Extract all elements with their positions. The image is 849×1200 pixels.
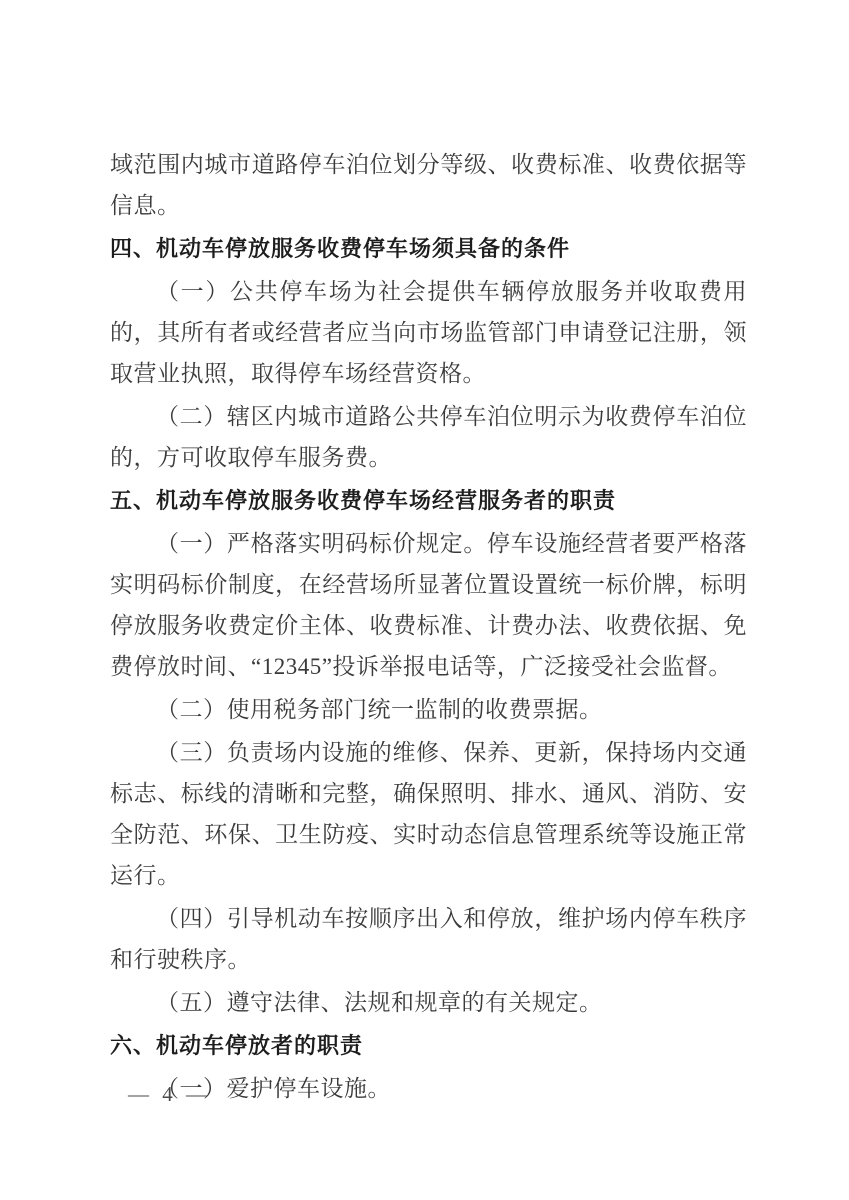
body-paragraph: （一）公共停车场为社会提供车辆停放服务并收取费用的，其所有者或经营者应当向市场监…: [110, 271, 747, 394]
body-paragraph: （四）引导机动车按顺序出入和停放，维护场内停车秩序和行驶秩序。: [110, 898, 747, 980]
body-paragraph: 域范围内城市道路停车泊位划分等级、收费标准、收费依据等信息。: [110, 144, 747, 226]
body-paragraph: （一）严格落实明码标价规定。停车设施经营者要严格落实明码标价制度，在经营场所显著…: [110, 523, 747, 687]
body-paragraph: （三）负责场内设施的维修、保养、更新，保持场内交通标志、标线的清晰和完整，确保照…: [110, 732, 747, 896]
document-body: 域范围内城市道路停车泊位划分等级、收费标准、收费依据等信息。四、机动车停放服务收…: [110, 144, 747, 1111]
body-paragraph: （二）使用税务部门统一监制的收费票据。: [110, 689, 747, 730]
body-paragraph: （五）遵守法律、法规和规章的有关规定。: [110, 982, 747, 1023]
section-heading: 六、机动车停放者的职责: [110, 1025, 747, 1066]
document-page: 域范围内城市道路停车泊位划分等级、收费标准、收费依据等信息。四、机动车停放服务收…: [0, 0, 849, 1200]
section-heading: 四、机动车停放服务收费停车场须具备的条件: [110, 228, 747, 269]
page-number: — 4 —: [128, 1080, 211, 1108]
body-paragraph: （二）辖区内城市道路公共停车泊位明示为收费停车泊位的，方可收取停车服务费。: [110, 396, 747, 478]
section-heading: 五、机动车停放服务收费停车场经营服务者的职责: [110, 480, 747, 521]
